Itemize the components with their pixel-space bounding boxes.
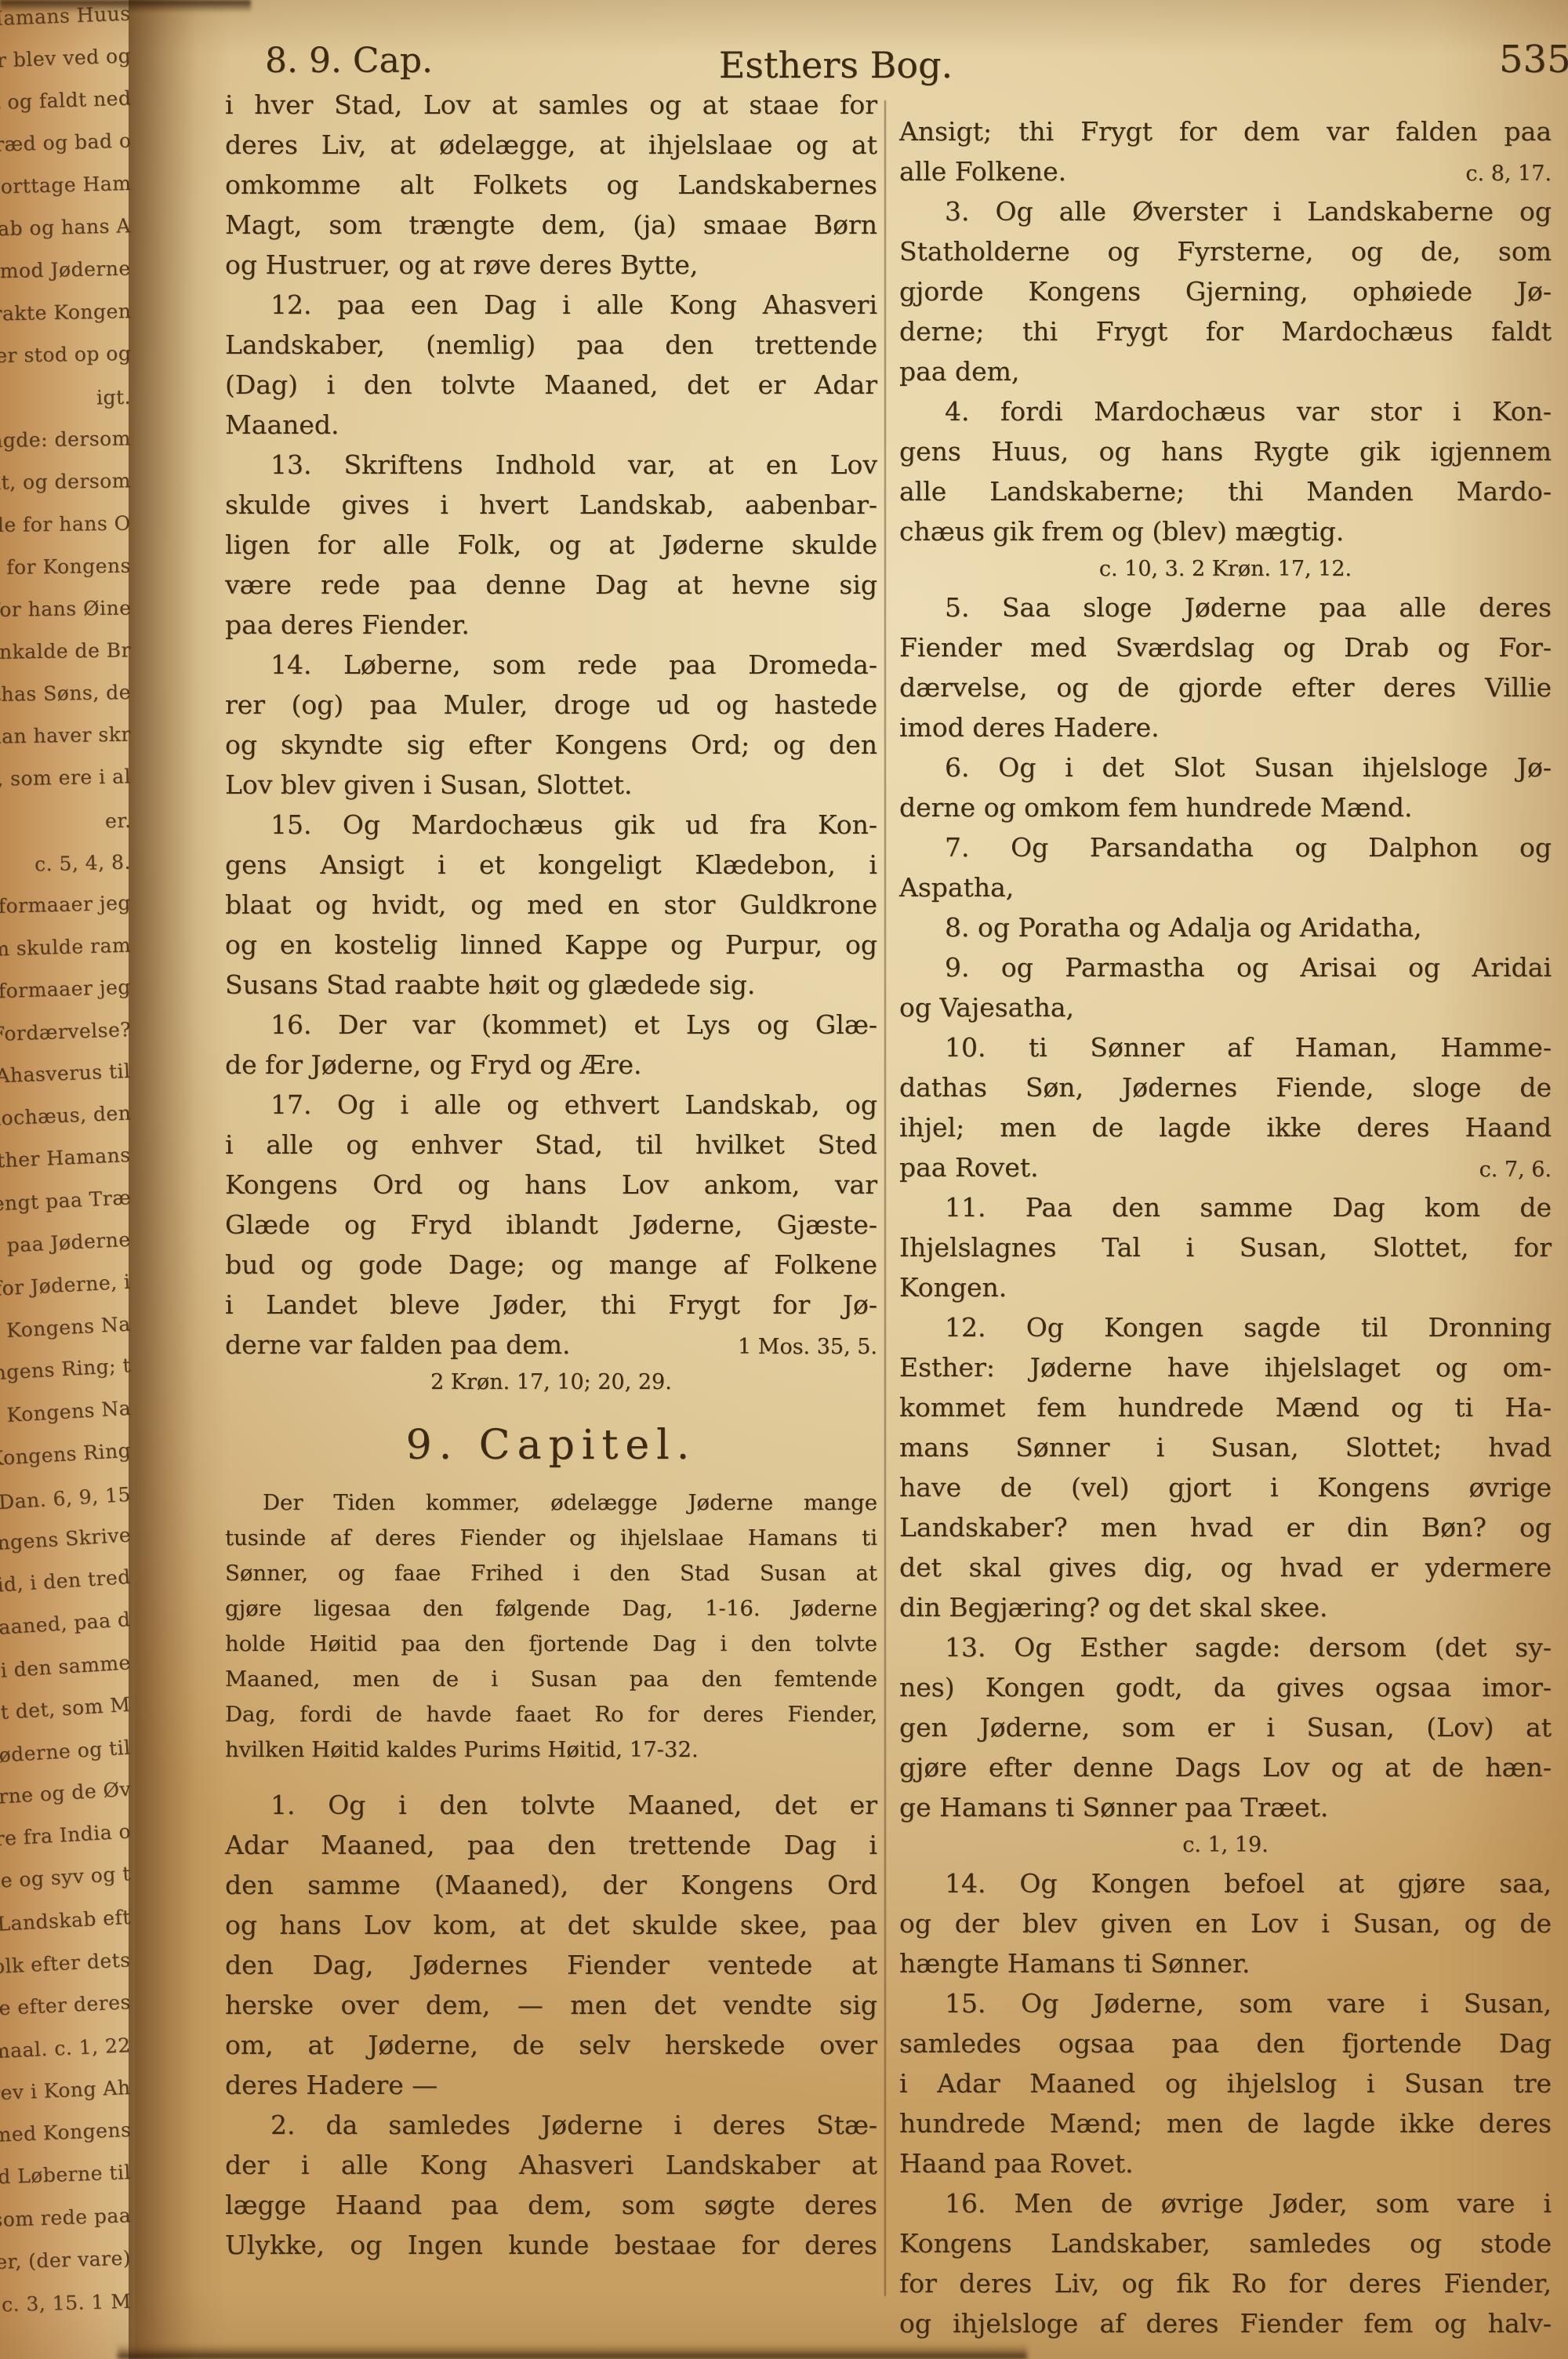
gutter-text-fragment: de hængt paa Træ xyxy=(0,1186,132,1217)
gutter-text-fragment: aade for hans O xyxy=(0,512,131,537)
cross-reference: c. 7, 6. xyxy=(1479,1150,1552,1190)
gutter-text-fragment: rledes formaaer jeg xyxy=(0,892,131,920)
gutter-text-fragment: rt Folk efter dets xyxy=(0,1948,132,1979)
text-line: i hver Stad, Lov at samles og at staae f… xyxy=(225,85,877,125)
gutter-text-fragment: ver J for Jøderne, i xyxy=(0,1270,132,1303)
verse-paragraph: 12. Og Kongen sagde til DronningEsther: … xyxy=(899,1307,1552,1627)
text-line: 1. Og i den tolvte Maaned, det er xyxy=(225,1785,877,1825)
text-line: Kongens Landskaber, samledes og stode xyxy=(899,2223,1552,2263)
verse-paragraph: 6. Og i det Slot Susan ihjelsloge Jø-der… xyxy=(899,747,1552,827)
verse-paragraph: 16. Der var (kommet) et Lys og Glæ-de fo… xyxy=(225,1005,877,1085)
text-line: og der blev given en Lov i Susan, og de xyxy=(899,1903,1552,1943)
verse-paragraph: 11. Paa den samme Dag kom deIhjelslagnes… xyxy=(899,1187,1552,1307)
gutter-text-fragment: nkt imod Jøderne xyxy=(0,257,131,284)
gutter-text-fragment: øderne efter deres xyxy=(0,1990,132,2023)
text-line: Landskaber, (nemlig) paa den trettende xyxy=(225,325,877,365)
text-line: om, at Jøderne, de selv herskede over xyxy=(225,2025,877,2065)
text-line: ligen for alle Folk, og at Jøderne skuld… xyxy=(225,525,877,565)
book-photo: { "colors": { "ink": "#3c2a15", "paper_l… xyxy=(0,0,1568,2359)
text-line: 11. Paa den samme Dag kom de xyxy=(899,1187,1552,1227)
text-line: blaat og hvidt, og med en stor Guldkrone xyxy=(225,885,877,925)
verse-paragraph: 14. Løberne, som rede paa Dromeda-rer (o… xyxy=(225,645,877,805)
gutter-text-fragment: rives i Kongens Na xyxy=(0,1397,132,1431)
text-line: Adar Maaned, paa den trettende Dag i xyxy=(225,1825,877,1865)
gutter-text-fragment: gemaal. c. 1, 22 xyxy=(0,2034,132,2063)
text-line: lægge Haand paa dem, som søgte deres xyxy=(225,2185,877,2225)
text-line: Ulykke, og Ingen kunde bestaae for deres xyxy=(225,2225,877,2265)
text-line: (Dag) i den tolvte Maaned, det er Adar xyxy=(225,365,877,405)
verse-paragraph: 10. ti Sønner af Haman, Hamme-dathas Søn… xyxy=(899,1027,1552,1187)
gutter-text-fragment: c. 3, 15. 1 M xyxy=(1,2290,131,2317)
text-line: være rede paa denne Dag at hevne sig xyxy=(225,565,877,605)
text-line: derne; thi Frygt for Mardochæus faldt xyxy=(899,311,1552,351)
text-line: have de (vel) gjort i Kongens øvrige xyxy=(899,1467,1552,1507)
book-top-edge xyxy=(0,0,251,13)
verse-text: alle Folkene. xyxy=(899,151,1066,191)
text-line: deres Liv, at ødelægge, at ihjelslaae og… xyxy=(225,125,877,165)
text-line: 12. paa een Dag i alle Kong Ahasveri xyxy=(225,285,877,325)
text-line: 5. Saa sloge Jøderne paa alle deres xyxy=(899,587,1552,627)
text-line: 10. ti Sønner af Haman, Hamme- xyxy=(899,1027,1552,1067)
text-line: gjøre ligesaa den følgende Dag, 1-16. Jø… xyxy=(225,1591,877,1627)
cross-reference-line: c. 10, 3. 2 Krøn. 17, 12. xyxy=(899,551,1552,587)
cross-reference-line: c. 1, 19. xyxy=(899,1827,1552,1863)
verse-paragraph: 14. Og Kongen befoel at gjøre saa,og der… xyxy=(899,1863,1552,1983)
text-line: 13. Skriftens Indhold var, at en Lov xyxy=(225,445,877,485)
text-line: bud og gode Dage; og mange af Folkene xyxy=(225,1245,877,1285)
text-line: 13. Og Esther sagde: dersom (det sy- xyxy=(899,1627,1552,1667)
gutter-text-fragment: van Maaned, paa d xyxy=(0,1608,132,1643)
text-line: ihjel; men de lagde ikke deres Haand xyxy=(899,1107,1552,1147)
gutter-text-fragment: drakte Kongen xyxy=(0,300,131,325)
running-head-chapter: 8. 9. Cap. xyxy=(265,41,433,81)
text-line: hvilken Høitid kaldes Purims Høitid, 17-… xyxy=(225,1732,877,1768)
verse-paragraph: 9. og Parmastha og Arisai og Aridaiog Va… xyxy=(899,947,1552,1027)
text-line: den Dag, Jødernes Fiender ventede at xyxy=(225,1945,877,1985)
text-line: dærvelse, og de gjorde efter deres Villi… xyxy=(899,667,1552,707)
gutter-text-fragment: m), som rede paa xyxy=(0,2204,131,2233)
gutter-text-fragment: igt. xyxy=(96,386,131,409)
verse-paragraph: 1. Og i den tolvte Maaned, det erAdar Ma… xyxy=(225,1785,877,2105)
text-line: samledes ogsaa paa den fjortende Dag xyxy=(899,2023,1552,2063)
page-number: 535 xyxy=(1499,38,1568,82)
gutter-text-fragment: ig for hans Øine xyxy=(0,596,131,621)
right-column: Ansigt; thi Frygt for dem var falden paa… xyxy=(899,111,1552,2343)
gutter-text-fragment: n godt, og dersom xyxy=(0,469,131,494)
gutter-text-fragment: hundrede og syv og t xyxy=(0,1862,132,1896)
text-line: skulde gives i hvert Landskab, aabenbar- xyxy=(225,485,877,525)
text-line: Glæde og Fryd iblandt Jøderne, Gjæste- xyxy=(225,1205,877,1245)
text-line: 15. Og Jøderne, som vare i Susan, xyxy=(899,1983,1552,2023)
text-line: 6. Og i det Slot Susan ihjelsloge Jø- xyxy=(899,747,1552,787)
gutter-text-fragment: nes, i Kongens Na xyxy=(0,1313,132,1346)
text-line: Sønner, og faae Frihed i den Stad Susan … xyxy=(225,1556,877,1591)
verse-paragraph: i hver Stad, Lov at samles og at staae f… xyxy=(225,85,877,285)
text-line: hundrede Mænd; men de lagde ikke deres xyxy=(899,2103,1552,2143)
text-line: nes) Kongen godt, da gives ogsaa imor- xyxy=(899,1667,1552,1707)
gutter-text-fragment: oe Kongens Skrive xyxy=(0,1523,132,1558)
text-line: kommet fem hundrede Mænd og ti Ha- xyxy=(899,1387,1552,1427)
text-line: i Landet bleve Jøder, thi Frygt for Jø- xyxy=(225,1285,877,1325)
gutter-text-fragment: ter alt det, som M xyxy=(0,1693,132,1728)
verse-paragraph: 3. Og alle Øverster i Landskaberne ogSta… xyxy=(899,191,1552,391)
text-line: hængte Hamans ti Sønner. xyxy=(899,1943,1552,1983)
gutter-text-fragment: vert Landskab eft xyxy=(0,1906,132,1938)
verse-paragraph: 2. da samledes Jøderne i deres Stæ-der i… xyxy=(225,2105,877,2265)
text-line: for deres Liv, og fik Ro for deres Fiend… xyxy=(899,2263,1552,2303)
text-line: paa deres Fiender. xyxy=(225,605,877,645)
verse-paragraph: 4. fordi Mardochæus var stor i Kon-gens … xyxy=(899,391,1552,551)
verse-text: derne var falden paa dem. xyxy=(225,1325,571,1365)
text-line: derne var falden paa dem.1 Mos. 35, 5. xyxy=(225,1325,877,1365)
text-line: Susans Stad raabte høit og glædede sig. xyxy=(225,965,877,1005)
verse-paragraph: 12. paa een Dag i alle Kong AhasveriLand… xyxy=(225,285,877,445)
verse-paragraph: 8. og Poratha og Adalja og Aridatha, xyxy=(899,907,1552,947)
cross-reference-line: 2 Krøn. 17, 10; 20, 29. xyxy=(225,1365,877,1401)
text-line: rer (og) paa Muler, droge ud og hastede xyxy=(225,685,877,725)
text-line: 17. Og i alle og ethvert Landskab, og xyxy=(225,1085,877,1125)
left-column: i hver Stad, Lov at samles og at staae f… xyxy=(225,85,877,2265)
verse-paragraph: 13. Skriftens Indhold var, at en Lovskul… xyxy=(225,445,877,645)
gutter-text-fragment: n skrev i Kong Ah xyxy=(0,2076,132,2106)
text-line: 8. og Poratha og Adalja og Aridatha, xyxy=(899,907,1552,947)
text-line: 4. fordi Mardochæus var stor i Kon- xyxy=(899,391,1552,431)
gutter-text-fragment: givet Esther Hamans xyxy=(0,1143,132,1176)
gutter-text-fragment: de borttage Ham xyxy=(0,172,131,199)
text-line: herske over dem, — men det vendte sig xyxy=(225,1985,877,2025)
text-line: det skal gives dig, og hvad er ydermere xyxy=(899,1547,1552,1587)
text-line: Maaned, men de i Susan paa den femtende xyxy=(225,1662,877,1697)
gutter-text-fragment: J, som han haver skr xyxy=(0,723,131,750)
text-line: Dag, fordi de havde faaet Ro for deres F… xyxy=(225,1697,877,1732)
text-line: gens Huus, og hans Rygte gik igjennem xyxy=(899,431,1552,471)
verse-paragraph: 15. Og Jøderne, som vare i Susan,samlede… xyxy=(899,1983,1552,2183)
text-line: Landskaber? men hvad er din Bøn? og xyxy=(899,1507,1552,1547)
cross-reference: c. 8, 17. xyxy=(1465,154,1552,194)
verse-paragraph: 7. Og Parsandatha og Dalphon ogAspatha, xyxy=(899,827,1552,907)
text-line: der i alle Kong Ahasveri Landskaber at xyxy=(225,2145,877,2185)
text-line: og hans Lov kom, at det skulde skee, paa xyxy=(225,1905,877,1945)
gutter-text-fragment: med Kongens Ring xyxy=(0,1439,132,1474)
text-line: alle Folkene.c. 8, 17. xyxy=(899,151,1552,191)
running-head-title: Esthers Bog. xyxy=(719,44,953,86)
text-line: paa Rovet.c. 7, 6. xyxy=(899,1147,1552,1187)
gutter-text-fragment: her blev ved og xyxy=(0,44,131,72)
verse-paragraph: 16. Men de øvrige Jøder, som vare iKonge… xyxy=(899,2183,1552,2343)
gutter-text-fragment: e, som skulde ram xyxy=(0,934,131,962)
gutter-text-fragment: glede med Kongens xyxy=(0,2118,131,2149)
text-line: chæus gik frem og (blev) mægtig. xyxy=(899,511,1552,551)
text-line: Statholderne og Fyrsterne, og de, som xyxy=(899,231,1552,271)
text-line: din Begjæring? og det skal skee. xyxy=(899,1587,1552,1627)
text-line: Kongens Ord og hans Lov ankom, var xyxy=(225,1165,877,1205)
text-line: holde Høitid paa den fjortende Dag i den… xyxy=(225,1627,877,1662)
text-line: tusinde af deres Fiender og ihjelslaae H… xyxy=(225,1521,877,1556)
gutter-text-fragment: Fyrsterne og de Øv xyxy=(0,1778,132,1812)
gutter-text-fragment: Jøderne, som ere i al xyxy=(0,765,131,791)
gutter-text-fragment: til Mardochæus, den xyxy=(0,1101,131,1132)
verse-paragraph: 17. Og i alle og ethvert Landskab, ogi a… xyxy=(225,1085,877,1365)
text-line: gen Jøderne, som er i Susan, (Lov) at xyxy=(899,1707,1552,1747)
text-line: gjorde Kongens Gjerning, ophøiede Jø- xyxy=(899,271,1552,311)
gutter-text-fragment: Muler, (der vare) xyxy=(0,2247,131,2275)
gutter-text-fragment: un græd og bad o xyxy=(0,129,131,158)
verse-paragraph: 5. Saa sloge Jøderne paa alle deresFiend… xyxy=(899,587,1552,747)
gutter-text-fragment: vene ved Løberne til xyxy=(0,2161,131,2191)
gutter-text-fragment: t gjenkalde de Br xyxy=(0,638,131,663)
gutter-text-fragment: c. 5, 4, 8. xyxy=(34,851,132,876)
chapter-heading: 9. Capitel. xyxy=(225,1421,877,1470)
text-line: deres Hadere — xyxy=(225,2065,877,2105)
text-line: Ansigt; thi Frygt for dem var falden paa xyxy=(899,111,1552,151)
verse-paragraph: 15. Og Mardochæus gik ud fra Kon-gens An… xyxy=(225,805,877,1005)
text-line: 2. da samledes Jøderne i deres Stæ- xyxy=(225,2105,877,2145)
gutter-text-fragment: Esther stod op og xyxy=(0,342,131,368)
gutter-text-fragment: nedathas Søns, de xyxy=(0,681,131,707)
text-line: og skyndte sig efter Kongens Ord; og den xyxy=(225,725,877,765)
text-line: mans Sønner i Susan, Slottet; hvad xyxy=(899,1427,1552,1467)
text-line: imod deres Hadere. xyxy=(899,707,1552,747)
previous-page-edge: Hamans Huusher blev ved ogsigt og faldt … xyxy=(0,0,135,2359)
text-line: derne og omkom fem hundrede Mænd. xyxy=(899,787,1552,827)
gutter-text-fragment: n sagde: dersom xyxy=(0,427,131,452)
gutter-text-fragment: gts Fordærvelse? xyxy=(0,1018,131,1047)
cross-reference: 1 Mos. 35, 5. xyxy=(738,1327,877,1367)
gutter-text-fragment: et for Kongens xyxy=(0,554,131,580)
text-line: i alle og enhver Stad, til hvilket Sted xyxy=(225,1125,877,1165)
text-line: 7. Og Parsandatha og Dalphon og xyxy=(899,827,1552,867)
text-line: den samme (Maaned), der Kongens Ord xyxy=(225,1865,877,1905)
text-line: alle Landskaberne; thi Manden Mardo- xyxy=(899,471,1552,511)
text-line: og ihjelsloge af deres Fiender fem og ha… xyxy=(899,2303,1552,2343)
chapter-summary: Der Tiden kommer, ødelægge Jøderne mange… xyxy=(225,1485,877,1768)
verse-text: paa Rovet. xyxy=(899,1147,1039,1187)
gutter-text-fragment: e Kong Ahasverus til xyxy=(0,1060,131,1090)
book-bottom-edge xyxy=(118,2343,1027,2359)
text-line: omkomme alt Folkets og Landskabernes xyxy=(225,165,877,205)
text-line: dathas Søn, Jødernes Fiende, sloge de xyxy=(899,1067,1552,1107)
text-line: Maaned. xyxy=(225,405,877,445)
text-line: og Vajesatha, xyxy=(899,987,1552,1027)
gutter-text-fragment: sigt og faldt ned xyxy=(0,87,131,115)
text-line: og Hustruer, og at røve deres Bytte, xyxy=(225,245,877,285)
gutter-text-fragment: ndskab og hans A xyxy=(0,214,131,242)
text-line: 14. Og Kongen befoel at gjøre saa, xyxy=(899,1863,1552,1903)
text-line: gjøre efter denne Dags Lov og at de hæn- xyxy=(899,1747,1552,1787)
text-line: Haand paa Rovet. xyxy=(899,2143,1552,2183)
text-line: Der Tiden kommer, ødelægge Jøderne mange xyxy=(225,1485,877,1521)
text-line: 15. Og Mardochæus gik ud fra Kon- xyxy=(225,805,877,845)
text-line: 12. Og Kongen sagde til Dronning xyxy=(899,1307,1552,1347)
verse-paragraph: 13. Og Esther sagde: dersom (det sy-nes)… xyxy=(899,1627,1552,1827)
book-fold-shadow xyxy=(129,0,229,2359)
text-line: og en kostelig linned Kappe og Purpur, o… xyxy=(225,925,877,965)
text-line: ge Hamans ti Sønner paa Træet. xyxy=(899,1787,1552,1827)
gutter-text-fragment: ag) i den samme xyxy=(0,1651,132,1684)
gutter-text-fragment: er. xyxy=(104,809,131,833)
text-line: 16. Der var (kommet) et Lys og Glæ- xyxy=(225,1005,877,1045)
text-line: Kongen. xyxy=(899,1267,1552,1307)
text-line: Lov blev given i Susan, Slottet. xyxy=(225,765,877,805)
gutter-text-fragment: til Jøderne og til xyxy=(0,1736,132,1769)
text-line: Aspatha, xyxy=(899,867,1552,907)
text-line: 16. Men de øvrige Jøder, som vare i xyxy=(899,2183,1552,2223)
text-line: Fiender med Sværdslag og Drab og For- xyxy=(899,627,1552,667)
column-divider-rule xyxy=(884,100,886,2296)
text-line: i Adar Maaned og ihjelslog i Susan tre xyxy=(899,2063,1552,2103)
text-line: 9. og Parmastha og Arisai og Aridai xyxy=(899,947,1552,987)
gutter-text-fragment: Dan. 6, 9, 15 xyxy=(0,1483,132,1514)
gutter-text-fragment: mme Tid, i den tred xyxy=(0,1565,132,1601)
text-line: 14. Løberne, som rede paa Dromeda- xyxy=(225,645,877,685)
gutter-text-fragment: rledes formaaer jeg xyxy=(0,976,131,1005)
verse-paragraph: Ansigt; thi Frygt for dem var falden paa… xyxy=(899,111,1552,191)
gutter-text-fragment: med Kongens Ring; t xyxy=(0,1354,132,1389)
text-line: de for Jøderne, og Fryd og Ære. xyxy=(225,1045,877,1085)
text-line: Magt, som trængte dem, (ja) smaae Børn xyxy=(225,205,877,245)
text-line: paa dem, xyxy=(899,351,1552,391)
text-line: Esther: Jøderne have ihjelslaget og om- xyxy=(899,1347,1552,1387)
text-line: gens Ansigt i et kongeligt Klædebon, i xyxy=(225,845,877,885)
gutter-text-fragment: som vare fra India o xyxy=(0,1819,132,1854)
text-line: Ihjelslagnes Tal i Susan, Slottet, for xyxy=(899,1227,1552,1267)
text-line: 3. Og alle Øverster i Landskaberne og xyxy=(899,191,1552,231)
gutter-text-fragment: Haand paa Jøderne xyxy=(0,1228,132,1261)
